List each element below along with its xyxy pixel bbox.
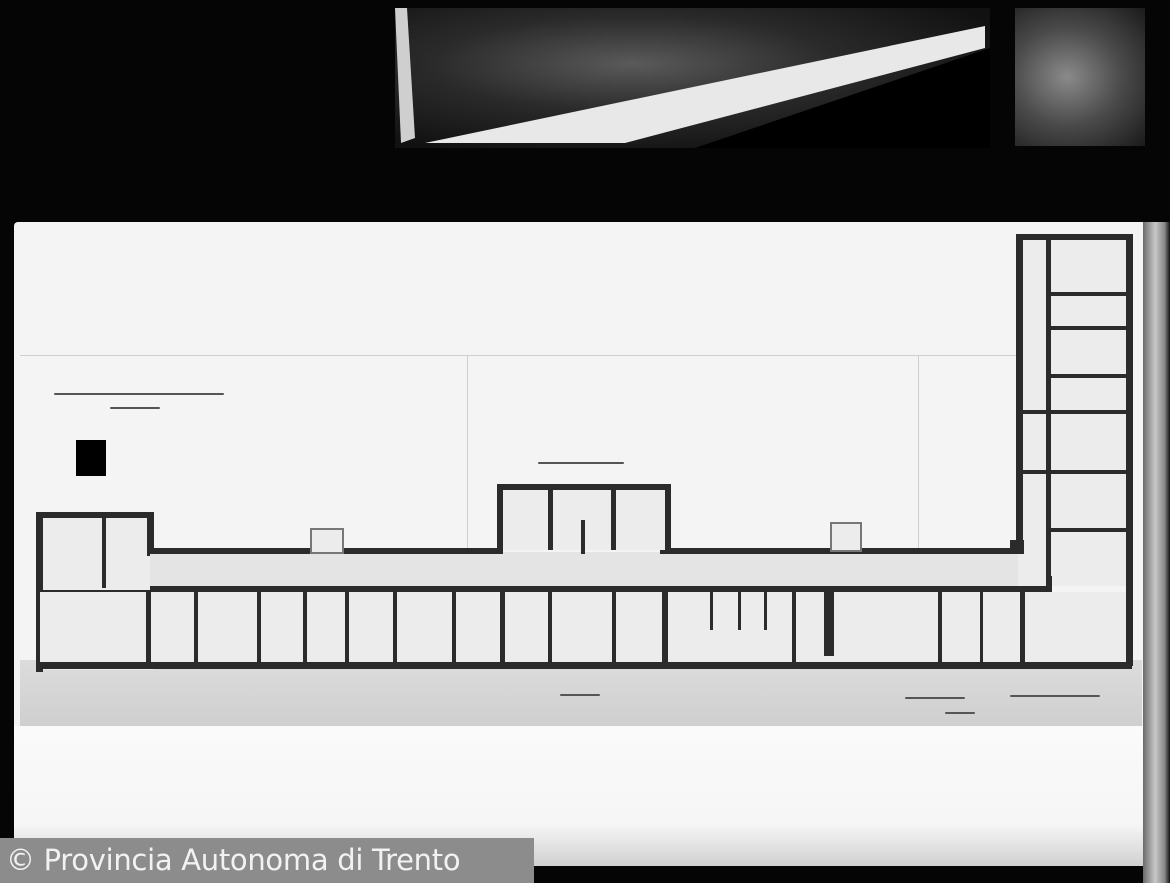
wing-label-handwriting	[538, 462, 624, 464]
plan-base-strip	[20, 660, 1142, 726]
signature-handwriting	[945, 712, 975, 714]
signature-handwriting	[905, 697, 965, 699]
floor-plan	[0, 0, 1170, 883]
copyright-watermark: © Provincia Autonoma di Trento	[0, 838, 534, 883]
entrance-label-handwriting	[560, 694, 600, 696]
signature-handwriting	[1010, 695, 1100, 697]
